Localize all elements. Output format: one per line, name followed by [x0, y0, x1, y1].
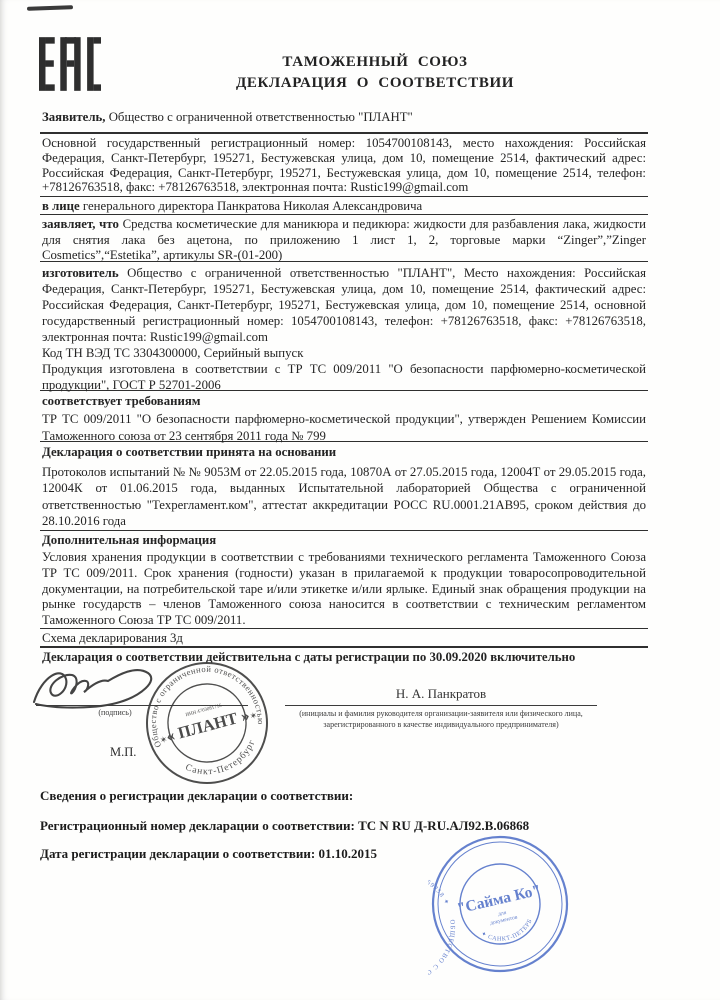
- registration-date-row: Дата регистрации декларации о соответств…: [40, 846, 377, 862]
- name-caption-2: зарегистрированного в качестве индивидуа…: [285, 720, 597, 729]
- scan-artifact-mark: [27, 5, 73, 11]
- manufacturer-value: Общество с ограниченной ответственностью…: [42, 266, 646, 344]
- name-line: [285, 705, 597, 706]
- title-line-2: ДЕКЛАРАЦИЯ О СООТВЕТСТВИИ: [165, 73, 585, 94]
- applicant-label: Заявитель,: [42, 110, 105, 124]
- tnved-row: Код ТН ВЭД ТС 3304300000, Серийный выпус…: [42, 346, 646, 361]
- registration-number-label: Регистрационный номер декларации о соотв…: [40, 818, 355, 833]
- registration-date-label: Дата регистрации декларации о соответств…: [40, 846, 315, 861]
- divider: [40, 530, 648, 531]
- company-round-stamp: Общество с ограниченной ответственностью…: [144, 660, 270, 786]
- registrar-blue-stamp: ОБЩЕСТВО С ОГРАНИЧЕННОЙ ОТВЕТСТВЕННОСТЬЮ…: [428, 832, 572, 976]
- divider: [40, 214, 648, 215]
- divider: [40, 132, 648, 134]
- applicant-value: Общество с ограниченной ответственностью…: [109, 110, 413, 124]
- declares-value: Средства косметические для маникюра и пе…: [42, 217, 646, 262]
- applicant-details: Основной государственный регистрационный…: [42, 136, 646, 195]
- registration-date-value: 01.10.2015: [318, 846, 377, 861]
- meets-text: ТР ТС 009/2011 "О безопасности парфюмерн…: [42, 411, 646, 444]
- scheme-row: Схема декларирования 3д: [42, 631, 646, 646]
- declares-label: заявляет, что: [42, 217, 119, 231]
- meets-header: соответствует требованиям: [42, 394, 646, 409]
- mp-label: М.П.: [110, 745, 136, 760]
- registration-number-value: ТС N RU Д-RU.АЛ92.В.06868: [358, 818, 529, 833]
- signature-caption: (подпись): [75, 708, 155, 717]
- produced-row: Продукция изготовлена в соответствии с Т…: [42, 362, 646, 393]
- additional-header: Дополнительная информация: [42, 533, 646, 548]
- divider: [40, 196, 648, 197]
- manufacturer-label: изготовитель: [42, 266, 119, 280]
- svg-text:Санкт-Петербург: Санкт-Петербург: [180, 736, 264, 785]
- applicant-row: Заявитель, Общество с ограниченной ответ…: [42, 110, 646, 125]
- eac-logo-icon: [39, 34, 101, 99]
- divider: [40, 646, 648, 648]
- director-name: Н. А. Панкратов: [285, 686, 597, 702]
- director-value: генерального директора Панкратова Никола…: [83, 199, 422, 213]
- basis-header: Декларация о соответствии принята на осн…: [42, 445, 646, 460]
- registration-header: Сведения о регистрации декларации о соот…: [40, 788, 353, 804]
- stamp-ring-bottom-text: Санкт-Петербург: [180, 736, 264, 785]
- additional-text: Условия хранения продукции в соответстви…: [42, 550, 646, 629]
- document-title: ТАМОЖЕННЫЙ СОЮЗ ДЕКЛАРАЦИЯ О СООТВЕТСТВИ…: [165, 52, 585, 94]
- basis-text: Протоколов испытаний № № 9053М от 22.05.…: [42, 464, 646, 529]
- declaration-document: ТАМОЖЕННЫЙ СОЮЗ ДЕКЛАРАЦИЯ О СООТВЕТСТВИ…: [0, 0, 720, 1000]
- declares-row: заявляет, что Средства косметические для…: [42, 217, 646, 264]
- name-caption-1: (инициалы и фамилия руководителя организ…: [285, 709, 597, 718]
- director-label: в лице: [42, 199, 80, 213]
- manufacturer-row: изготовитель Общество с ограниченной отв…: [42, 265, 646, 345]
- title-line-1: ТАМОЖЕННЫЙ СОЮЗ: [165, 52, 585, 73]
- director-row: в лице генерального директора Панкратова…: [42, 199, 646, 214]
